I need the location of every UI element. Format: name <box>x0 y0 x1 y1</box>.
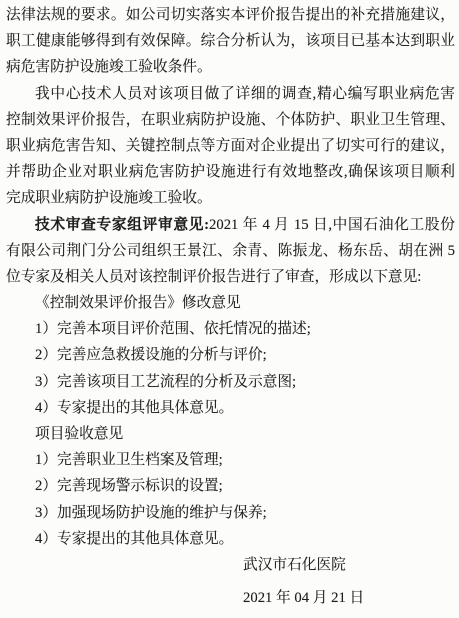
acceptance-item: 4）专家提出的其他具体意见。 <box>6 526 455 552</box>
text-line: 控制效果评价报告，在职业病防护设施、个体防护、职业卫生管理、 <box>6 107 455 133</box>
signature-date: 2021 年 04 月 21 日 <box>6 585 455 611</box>
text-line: 位专家及相关人员对该控制评价报告进行了审查，形成以下意见: <box>6 264 455 290</box>
revision-heading: 《控制效果评价报告》修改意见 <box>6 290 455 316</box>
signature-org: 武汉市石化医院 <box>6 552 455 578</box>
acceptance-item: 1）完善职业卫生档案及管理; <box>6 447 455 473</box>
text-line: 职业病危害告知、关键控制点等方面对企业提出了切实可行的建议， <box>6 133 455 159</box>
revision-item: 4）专家提出的其他具体意见。 <box>6 395 455 421</box>
acceptance-item: 3）加强现场防护设施的维护与保养; <box>6 500 455 526</box>
revision-item: 3）完善该项目工艺流程的分析及示意图; <box>6 369 455 395</box>
expert-opinion-label: 技术审查专家组评审意见: <box>35 217 209 233</box>
text-line: 我中心技术人员对该项目做了详细的调查,精心编写职业病危害 <box>6 81 455 107</box>
text-line: 完成职业病防护设施竣工验收。 <box>6 185 455 211</box>
expert-opinion-text: 2021 年 4 月 15 日,中国石油化工股份 <box>209 217 455 233</box>
acceptance-item: 2）完善现场警示标识的设置; <box>6 473 455 499</box>
revision-item: 2）完善应急救援设施的分析与评价; <box>6 342 455 368</box>
text-line: 法律法规的要求。如公司切实落实本评价报告提出的补充措施建议， <box>6 2 455 28</box>
acceptance-heading: 项目验收意见 <box>6 421 455 447</box>
text-line: 并帮助企业对职业病危害防护设施进行有效地整改,确保该项目顺利 <box>6 159 455 185</box>
text-line: 有限公司荆门分公司组织王景江、余青、陈振龙、杨东岳、胡在洲 5 <box>6 238 455 264</box>
document-page: 法律法规的要求。如公司切实落实本评价报告提出的补充措施建议， 职工健康能够得到有… <box>0 0 459 618</box>
expert-opinion-line: 技术审查专家组评审意见:2021 年 4 月 15 日,中国石油化工股份 <box>6 212 455 238</box>
text-line: 病危害防护设施竣工验收条件。 <box>6 54 455 80</box>
revision-item: 1）完善本项目评价范围、依托情况的描述; <box>6 316 455 342</box>
text-line: 职工健康能够得到有效保障。综合分析认为，该项目已基本达到职业 <box>6 28 455 54</box>
